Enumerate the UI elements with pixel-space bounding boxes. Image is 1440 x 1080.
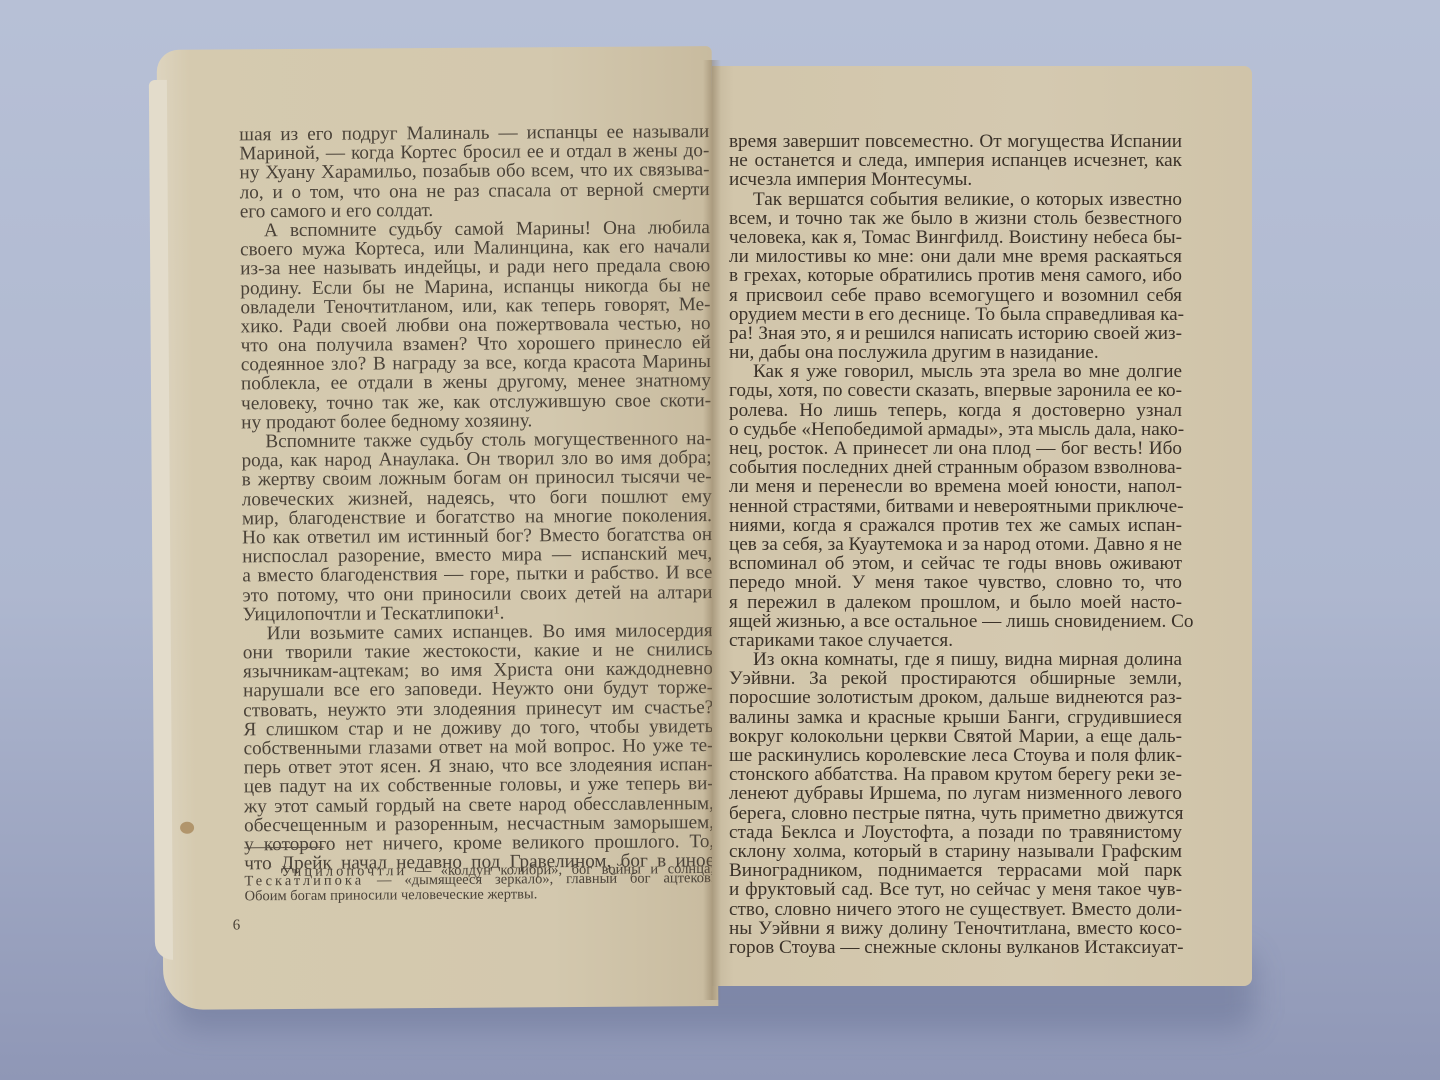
text-line: склону холма, который в старину называли… [729,842,1182,861]
text-line: исчезла империя Монтесумы. [729,170,1182,189]
page-number-left: 6 [233,917,241,934]
text-line: поросшие золотистым дроком, дальше видне… [729,688,1182,707]
text-line: ниями, когда я сражался против тех же са… [729,516,1182,535]
page-number-right: 7 [1157,886,1165,903]
text-line: время завершит повсеместно. От могуществ… [729,132,1182,151]
text-line: передо мной. У меня такое чувство, словн… [729,573,1182,592]
text-line: я пережил в далеком прошлом, и было моей… [729,593,1182,612]
text-line: ли меня и перенесли во времена моей юнос… [729,477,1182,496]
footnote: ¹ Уицилопочтли — «колдун колибри», бог в… [244,856,714,904]
text-line: Уэйвни. За рекой простираются обширные з… [729,669,1182,688]
text-line: ло, и о том, что она не раз спасала от в… [240,180,710,202]
text-line: Как я уже говорил, мысль эта зрела во мн… [729,362,1182,381]
text-line: ни, дабы она послужила другим в назидани… [729,343,1182,362]
text-line: и фруктовый сад. Все тут, но сейчас у ме… [729,880,1182,899]
text-line: человека, как я, Томас Вингфилд. Воистин… [729,228,1182,247]
text-line: ролева. Но лишь теперь, когда я достовер… [729,401,1182,420]
text-line: Так вершатся события великие, о которых … [729,190,1182,209]
page-stain [180,822,194,834]
footnote-marker: ¹ [268,859,272,873]
text-line: ленеют дубравы Иршема, по лугам низменно… [729,784,1182,803]
text-line: в грехах, которые обратились против меня… [729,266,1182,285]
text-line: ли милостивы ко мне: они дали мне время … [729,247,1182,266]
text-line: я присвоил себе право всемогущего и возо… [729,286,1182,305]
text-line: вспоминал об этом, и сейчас те годы внов… [729,554,1182,573]
text-line: валины замка и красные крыши Банги, сгру… [729,708,1182,727]
text-line: горов Стоува — снежные склоны вулканов И… [729,938,1182,957]
text-line: годы, хотя, по совести сказать, впервые … [729,381,1182,400]
left-page: шая из его подруг Малиналь — испанцы ее … [157,46,719,1010]
text-line: ны Уэйвни я вижу долину Теночтитлана, вм… [729,919,1182,938]
right-page: время завершит повсеместно. От могуществ… [712,66,1252,986]
right-page-body: время завершит повсеместно. От могуществ… [729,132,1182,957]
left-page-body: шая из его подруг Малиналь — испанцы ее … [239,122,714,874]
footnote-definition: — «дымящееся зеркало», главный бог ацтек… [364,870,714,888]
text-line: всем, и точно так же было в жизни столь … [729,209,1182,228]
text-line: ненной страстями, битвами и невероятными… [729,497,1182,516]
text-line: ство, словно ничего этого не существует.… [729,900,1182,919]
text-line: о судьбе «Непобедимой армады», эта мысль… [729,420,1182,439]
text-line: нец, росток. А принесет ли она плод — бо… [729,439,1182,458]
text-line: ше раскинулись королевские леса Стоува и… [729,746,1182,765]
text-line: не останется и следа, империя испанцев и… [729,151,1182,170]
text-line: ра! Зная это, я и решился написать истор… [729,324,1182,343]
text-line: вокруг колокольни церкви Святой Марии, а… [729,727,1182,746]
text-line: события последних дней странным образом … [729,458,1182,477]
text-line: стонского аббатства. На правом крутом бе… [729,765,1182,784]
text-line: Виноградником, поднимается террасами мой… [729,861,1182,880]
footnote-line-3: Обоим богам приносили человеческие жертв… [245,886,715,904]
text-line: цев за себя, за Куаутемока и за народ от… [729,535,1182,554]
text-line: берега, словно пестрые пятна, чуть приме… [729,804,1182,823]
text-line: это потому, что они приносили своих дете… [242,583,712,605]
text-line: стада Беклса и Лоустофта, а позади по тр… [729,823,1182,842]
book-spine-gutter [703,60,721,1000]
text-line: ящей жизнью, а все остальное — лишь снов… [729,612,1182,631]
text-line: стариками такое случается. [729,631,1182,650]
text-line: орудием мести в его деснице. То была спр… [729,305,1182,324]
text-line: Из окна комнаты, где я пишу, видна мирна… [729,650,1182,669]
